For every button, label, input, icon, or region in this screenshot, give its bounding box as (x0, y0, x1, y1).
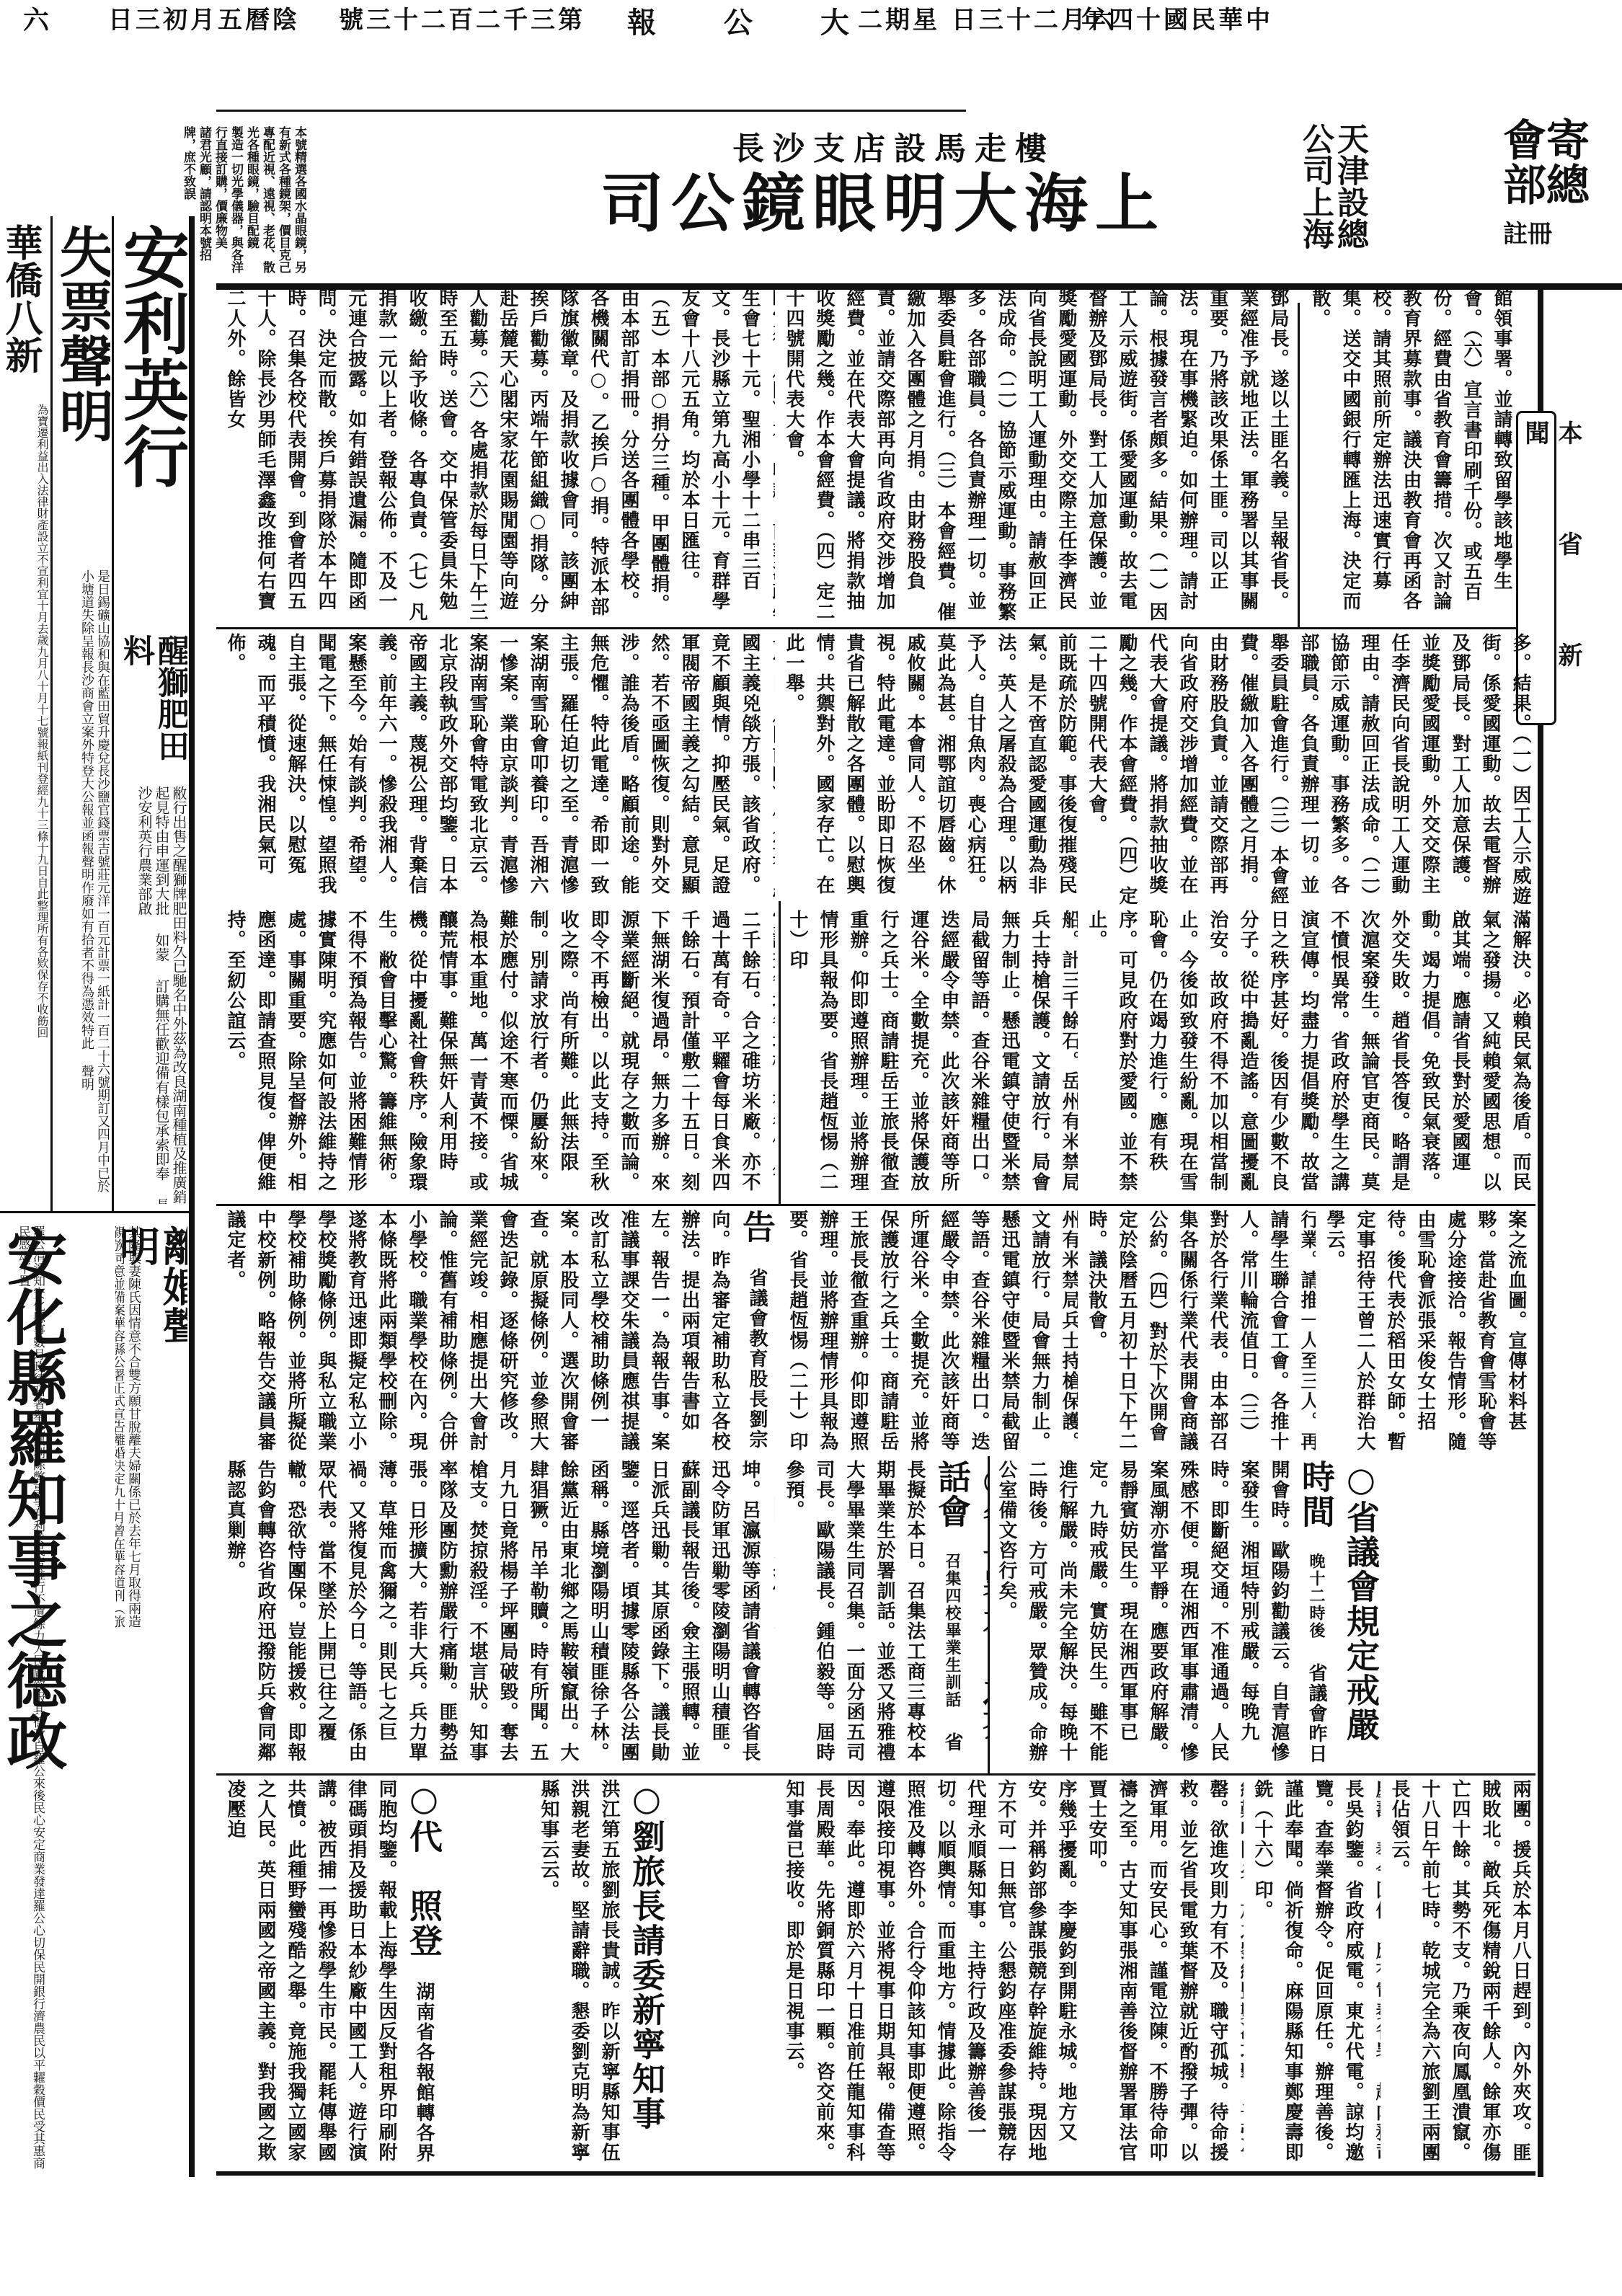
eyeglass-ad-title: 上海大明眼鏡公司 (476, 172, 1290, 235)
article-provincial-grain-warning[interactable]: ○省城穀米有出無入之警耗 民食維持會呈稱…即不出境儲穀二十五日 昨據民食維持會呈… (220, 910, 775, 1202)
left-inner-border (112, 216, 114, 1211)
col-divider-mid (779, 901, 781, 1204)
article-liu-brigade[interactable]: ○劉旅長請委新寧知事 洪江第五旅劉旅長貴誠。昨以新寧縣知事伍洪親老妻故。堅請辭職… (533, 1779, 775, 2168)
row-divider-3 (216, 1773, 1535, 1776)
overseas-text: 為寶遷利益出入法律財產設立不宣利宜十月去歲九月八十月十七號報紙刊登經九十三條十九… (0, 404, 49, 1197)
article-tea-party[interactable]: ○省長署本日之茶話會 召集四校畢業生訓話 省長擬於本日。召集法工商三專校本期畢業… (779, 1460, 988, 1770)
article-national-goods[interactable]: ○國貨維持部昨日之會議 國貨維持部昨日假商會召集職員會議。由國貨維持部主任陶鑄主… (1081, 1210, 1316, 1455)
anli-text: 敝行出售之醒獅牌肥田料久已馳名中外茲為改良湖南種植及推廣銷場起見特由申運到大批 … (115, 786, 187, 1204)
body: 上海學生聯合總會推派之長江路代表鍾復光女士及林會宜兩君。於昨二十二號下午六時。搭… (1324, 1210, 1535, 1452)
body: 省議會昨日開會時。歐陽鈞勸議云。自青滬慘案發生。湘垣特別戒嚴。每晚九時。即斷絕交… (996, 1460, 1327, 1764)
paper-name: 報 公 大 (627, 0, 878, 41)
lost-ticket-text: 是日錫礦山協和與在藍田貿升慶兌長沙鹽官錢票吉號莊元洋一百元計票一紙計一百二十六號… (54, 569, 110, 1204)
left-column-border (189, 216, 195, 2177)
lunar-date: 日三初月五曆陰 (108, 0, 300, 35)
body: 昨據民食維持會呈稱。調查報載棧。谷八萬三千餘石。碓坊糧棧十餘萬石。合共有舂米十萬… (224, 910, 775, 1192)
lost-ticket-title: 失票聲明 (54, 223, 110, 562)
bottom-rule (216, 2171, 1535, 2176)
body-continued: 省長以各縣荒歉緊急。早經嚴令禁止谷米雜糧出口以維民食。乃日昨有奸商張德雲運動兵士… (786, 1210, 1078, 1452)
article-beijing-students[interactable]: ○北京返湘學生昨日請願省長 北京返湘學友滬案雪恥會。昨推舉代表朝培懋振岡。陳家俊… (1081, 910, 1535, 1202)
eyeglass-ad-small-text: 本號精選各國水晶眼鏡，另有新式各種鏡架，價目克己 專配近視、遠視、老花、散光各種… (180, 126, 479, 278)
article-provincial-assembly-curfew[interactable]: ○省議會規定戒嚴時間 晚十二時後 省議會昨日開會時。歐陽鈞勸議云。自青滬慘案發生… (991, 1460, 1535, 1770)
registration-ad: 會寄部總 註冊 (1503, 119, 1622, 278)
left-divider (0, 1211, 189, 1213)
body: 湖南省各報館轉各界同胞均鑒。報載上海學生因反對租界印刷附律碼頭捐及援助日本紗廠中… (224, 1779, 435, 2163)
body: 北京返湘學友滬案雪恥會。昨推舉代表朝培懋振岡。陳家俊。歐陽詒等四人。携該會請願書… (1086, 910, 1535, 1192)
article-he-yunqing[interactable]: ○賀雲青更委永順縣知事 永順縣知事一缺。現由澧州鎮守使賀旅長委任盛駿存署理。昨報… (779, 1779, 1078, 2168)
publication-date: 二期星 日三十二月六 (858, 0, 1116, 35)
article-shanghai-students[interactable]: 上海學生代表昨日到湘 上海學生聯合總會推派之長江路代表鍾復光女士及林會宜兩君。於… (1319, 1210, 1535, 1455)
anhua-text: 羅公渭滔知安化縣事數月政績昭著舉凡興利除弊事事有利於民皆推行不遺餘力人民咸欽服其… (0, 1225, 45, 2170)
article-qiancheng-siege-anchor: 乾城解圍情形再訊 (220, 1460, 221, 1461)
body: 該部於下午一時召集各公法團募捐職員開會。到會者十餘人。李濟民主席。首由李憲迪報告… (224, 288, 775, 622)
col-divider-lower (988, 1456, 990, 1773)
article-xuechi-telegram-liuyi[interactable]: ○雪恥會電催速結六一案 代電…全國各團體各學校均鑒。更閱各省區電。湖北督理蕭耀南… (220, 633, 775, 910)
body: 青滬慘案湖南雪恥會。因鄂督蕭耀南對於該省外團體。以高壓手段。強行封閉。昨特電請准… (783, 633, 1078, 910)
eyeglass-branch-line: 長沙支店設馬走樓 (505, 123, 1283, 169)
lost-ticket-ad: 失票聲明 是日錫礦山協和與在藍田貿升慶兌長沙鹽官錢票吉號莊元洋一百元計票一紙計一… (54, 223, 110, 1204)
overseas-ad: 華僑八新 為寶遷利益出入法律財產設立不宣利宜十月去歲九月八十月十七號報紙刊登經九… (0, 223, 49, 1204)
row-divider-2 (216, 1204, 1535, 1206)
article-grain-export[interactable]: ○省長電令提充奸商出口穀米 並令重辦保護兵士 省長以各縣荒歉緊急。早經嚴令禁止谷… (782, 910, 1078, 1202)
article-education-joint-meeting[interactable]: ○昨日省教育界之聯席會議 討論國恥運動各問題 湖南省教育會因青滬慘案各項問題亟須… (1305, 288, 1514, 624)
anli-product: 醒獅肥田料 (118, 634, 187, 779)
divorce-ad: 離婚聲明 其隆與妻陳氏因情意不合雙方願甘脫離夫婦關係已於去年七月取得兩造親族同意… (115, 1225, 187, 1629)
republic-era-year: 年四十國民華中 (1081, 0, 1273, 35)
body: 該部於昨下午三時召集全體執行委員開會。到會者二十餘人。由曹羽儀主席。報告略云。現… (783, 288, 1294, 622)
divorce-text: 其隆與妻陳氏因情意不合雙方願甘脫離夫婦關係已於去年七月取得兩造親族同意並備案華容… (115, 1225, 141, 1629)
masthead: 六 日三初月五曆陰 號三十二百二千三第 報 公 大 二期星 日三十二月六 年四十… (0, 0, 1406, 29)
tianjin-ad: 天津設總公司上海 (1298, 123, 1499, 267)
headline: ○代 照登 (404, 1779, 443, 1958)
article-qiancheng-continued[interactable]: 乾城解圍。前當援乾城包圍甚緊。乃亟派員探險，負責招援。幸得解圍。辰州通信云。以前… (1384, 1779, 1535, 2168)
page-number: 六 (23, 0, 52, 37)
article-mayang-magistrate[interactable]: ○麻陽縣長電告回任 十七旅楊旅長（永清）於十四日攻克岩門。當即飭令該部四十六團長… (1247, 1779, 1381, 2168)
article-grain-export-continued[interactable]: 省長以各縣荒歉緊急。早經嚴令禁止谷米雜糧出口以維民食。乃日昨有奸商張德雲運動兵士… (782, 1210, 1078, 1455)
body: 省議會教育股長劉宗向。昨為審定補助私立各校辦法。提出兩項報告書如左。報告一。為報… (224, 1210, 768, 1452)
issue-number: 號三十二百二千三第 (339, 0, 585, 35)
body: 國貨維持部昨日假商會召集職員會議。由國貨維持部主任陶鑄主席報告。略謂今日召集職員… (1086, 1210, 1316, 1452)
article-xuechi-departments[interactable]: ○雪恥會各部會議記 總務部 該部於昨下午三時召集全體執行委員開會。到會者二十餘人… (779, 288, 1294, 624)
left-inner-border-2 (50, 216, 53, 1211)
body: 昨古丈縣知事代電云。職屬恢復情形及損失狀況。業經先後代電呈明矣。並派前省議員傅繼… (1086, 1779, 1244, 2163)
headline: ○劉旅長請委新寧知事 (627, 1779, 666, 2131)
body: 湖南省教育會因青滬慘案各項問題亟須討論。特於昨二十二號下午三時。召集各校校長教職… (1309, 288, 1514, 622)
body: 洪江第五旅劉旅長貴誠。昨以新寧縣知事伍洪親老妻故。堅請辭職。懇委劉克明為新寧縣知… (538, 1779, 620, 2163)
subhead: 召集四校畢業生訓話 (943, 1553, 962, 1708)
body: 十七旅楊旅長（永清）於十四日攻克岩門。當即飭令該部四十六團長鄭向麻陽前進。鄭縣長… (1251, 1779, 1381, 2163)
article-fundraising-dept[interactable]: 募捐部 該部於下午一時召集各公法團募捐職員開會。到會者十餘人。李濟民主席。首由李… (220, 288, 775, 624)
masthead-rule (216, 110, 966, 112)
subhead: 晚十二時後 (1307, 1553, 1326, 1639)
article-proxy-notice[interactable]: ○代 照登 湖南省各報館轉各界同胞均鑒。報載上海學生因反對租界印刷附律碼頭捐及援… (220, 1779, 530, 2168)
article-xuechi-telegram-xiao[interactable]: ○雪恥會電請鄂蕭恢復對外團體 代募字 青滬慘案湖南雪恥會。因鄂督蕭耀南對於該省外… (779, 633, 1078, 910)
body-continued: 該部於昨下午三時召集全體執行委員開會。到會者二十餘人。由曹羽儀主席。報告略云。現… (1086, 633, 1535, 906)
overseas-title: 華僑八新 (0, 223, 40, 396)
headline: ○省議會請速剿瀏陽明山積匪 (768, 1460, 775, 1742)
article-liuyang-bandits[interactable]: ○省議會請速剿瀏陽明山積匪 省議員伍坤。呂瀛源等函請省議會轉咨省長迅令防軍迅勦零… (220, 1460, 775, 1770)
anli-ad: 安利英行 醒獅肥田料 敝行出售之醒獅牌肥田料久已馳名中外茲為改良湖南種植及推廣銷… (115, 223, 187, 1204)
article-xuechi-members[interactable]: 該部於昨下午三時召集全體執行委員開會。到會者二十餘人。由曹羽儀主席。報告略云。現… (1081, 633, 1535, 910)
article-guzhang-magistrate[interactable]: ○古丈知事報告近訊 昨古丈縣知事代電云。職屬恢復情形及損失狀況。業經先後代電呈明… (1081, 1779, 1244, 2168)
article-private-school-subsidy[interactable]: ○省議員審定補助私校案之報告 省議會教育股長劉宗向。昨為審定補助私立各校辦法。提… (220, 1210, 775, 1455)
body: 省議員伍坤。呂瀛源等函請省議會轉咨省長迅令防軍迅勦零陵瀏陽明山積匪。蘇副議長報告… (224, 1460, 775, 1763)
row-divider-1 (216, 627, 1535, 629)
body-continued: 乾城解圍。前當援乾城包圍甚緊。乃亟派員探險，負責招援。幸得解圍。辰州通信云。以前… (1388, 1779, 1535, 2163)
col-divider-top (1298, 303, 1300, 627)
body: 代電…全國各團體各學校均鑒。更閱各省區電。湖北督理蕭耀南非法解散該省學生聯合會對… (224, 633, 775, 906)
anhua-ad: 安化縣羅知事之德政 羅公渭滔知安化縣事數月政績昭著舉凡興利除弊事事有利於民皆推行… (0, 1225, 114, 2170)
body: 省長以各縣荒歉緊急。早經嚴令禁止谷米雜糧出口以維民食。乃日昨有奸商張德雲運動兵士… (786, 910, 1078, 1192)
body: 永順縣知事一缺。現由澧州鎮守使賀旅長委任盛駿存署理。昨報來省文曰。（上略）竊知事… (783, 1779, 1078, 2163)
anli-title: 安利英行 (115, 223, 187, 627)
